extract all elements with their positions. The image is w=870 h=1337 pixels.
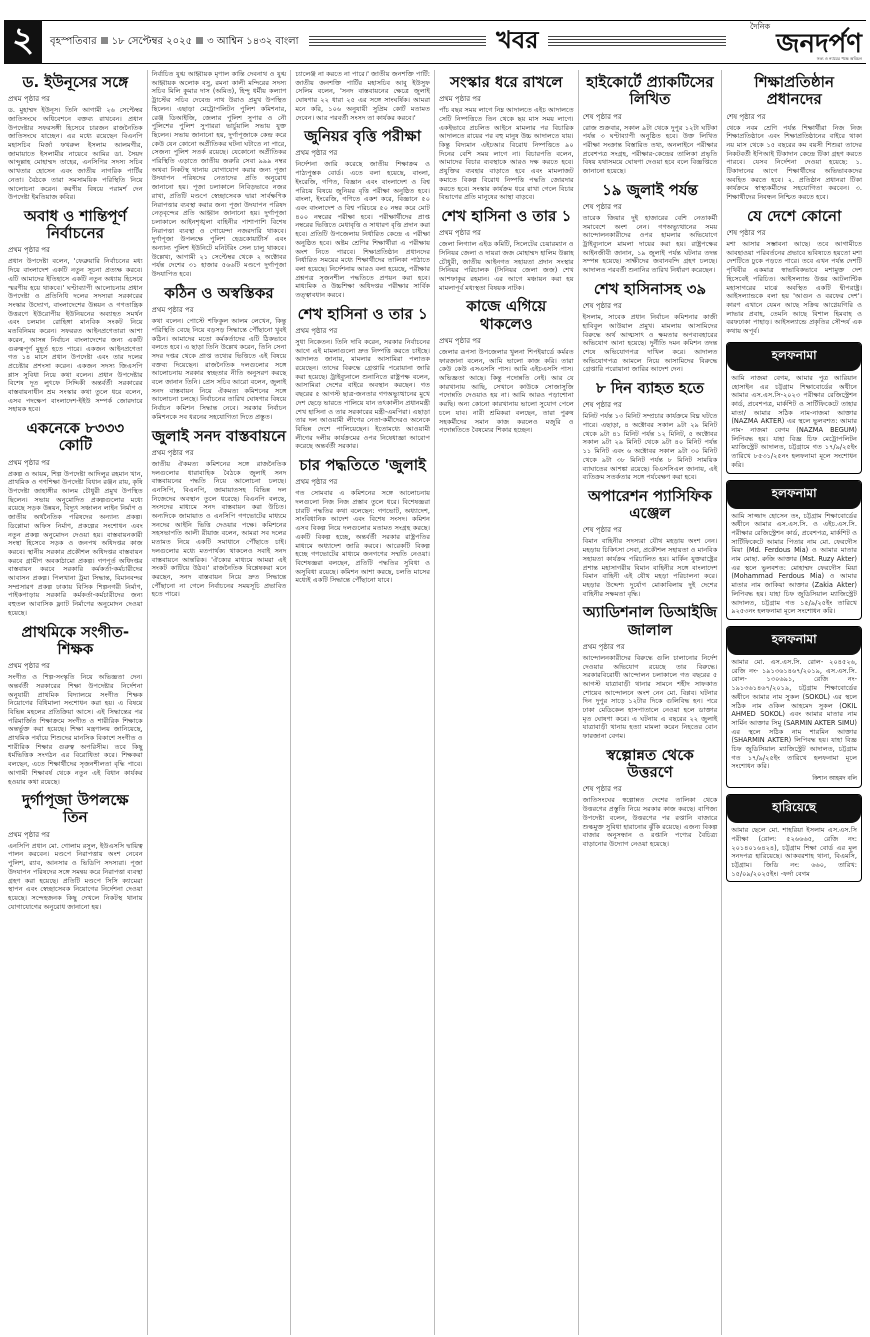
notice-body: আমি সাজ্জাদ হোসেন তং, চট্টগ্রাম শিক্ষাবো… — [727, 512, 861, 616]
article-body: কথা বলেন। পোস্টে শফিকুল আলম লেখেন, কিন্ত… — [152, 317, 287, 421]
news-story: চার পদ্ধতিতে 'জুলাইপ্রথম পৃষ্ঠার পরগত সো… — [295, 457, 430, 585]
headline: কাজে এগিয়ে থাকলেও — [439, 298, 574, 333]
headline: শিক্ষাপ্রতিষ্ঠান প্রধানদের — [726, 74, 862, 109]
dateline: বৃহস্পতিবার১৮ সেপ্টেম্বর ২০২৫৩ আশ্বিন ১৪… — [50, 34, 299, 51]
continuation-kicker: শেষ পৃষ্ঠার পর — [583, 399, 718, 411]
news-story: শেখ হাসিনা ও তার ১প্রথম পৃষ্ঠার পরসুধা ন… — [295, 306, 430, 451]
continuation-kicker: শেষ পৃষ্ঠার পর — [726, 111, 862, 123]
news-story: প্রাথমিকে সংগীত-শিক্ষকপ্রথম পৃষ্ঠার পরসং… — [8, 624, 143, 787]
column-5: হাইকোর্টে প্র্যাকটিসের লিখিতশেষ পৃষ্ঠার … — [579, 70, 723, 1335]
gregorian-date: ১৮ সেপ্টেম্বর ২০২৫ — [112, 36, 193, 47]
headline: শেখ হাসিনাসহ ৩৯ — [583, 281, 718, 298]
column-6: শিক্ষাপ্রতিষ্ঠান প্রধানদেরশেষ পৃষ্ঠার পর… — [722, 70, 866, 1335]
news-story: শেখ হাসিনাসহ ৩৯শেষ পৃষ্ঠার পরইসলাম, সাবে… — [583, 281, 718, 374]
notice-signature: কিশান আহমদ বলি — [727, 771, 861, 784]
notice-body: আমার মো. এস.এস.সি. রোল- ২০৪৫২৬, রেজি নং-… — [727, 658, 861, 771]
article-body: নির্বাচিত যুগ্ম আহ্বায়ক মৃণাল কান্তি দে… — [152, 70, 287, 279]
article-body: বিমান বাহিনীর সদস্যরা যৌথ মহড়ায় অংশ নে… — [583, 537, 718, 598]
column-3: চ্যালেঞ্জ না করতে না পারে।' জাতীয় জনশক্… — [291, 70, 435, 1335]
continuation-kicker: প্রথম পৃষ্ঠার পর — [8, 93, 143, 105]
article-body: প্রধান উপদেষ্টা বলেন, 'ফেব্রুয়ারি নির্ব… — [8, 257, 143, 414]
news-story: দুর্গাপূজা উপলক্ষে তিনপ্রথম পৃষ্ঠার পরএন… — [8, 792, 143, 911]
weekday: বৃহস্পতিবার — [50, 36, 97, 47]
headline: স্বল্পোন্নত থেকে উত্তরণে — [583, 747, 718, 782]
article-body: ড. মুহাম্মদ ইউনূস। তিনি আগামী ২৬ সেপ্টেম… — [8, 106, 143, 202]
news-story: নির্বাচিত যুগ্ম আহ্বায়ক মৃণাল কান্তি দে… — [152, 70, 287, 279]
article-body: সংগীত ও শিল্প-সংস্কৃতি নিয়ে অভিজ্ঞতা দে… — [8, 673, 143, 786]
brand-name: জনদর্পণ — [776, 29, 862, 59]
news-story: জুলাই সনদ বাস্তবায়নেপ্রথম পৃষ্ঠার পরজাত… — [152, 428, 287, 600]
news-story: একনেকে ৮৩৩৩ কোটিপ্রথম পৃষ্ঠার পরপ্রকল্প … — [8, 420, 143, 617]
continuation-kicker: প্রথম পৃষ্ঠার পর — [8, 660, 143, 672]
headline: শেখ হাসিনা ও তার ১ — [295, 306, 430, 323]
headline: প্রাথমিকে সংগীত-শিক্ষক — [8, 624, 143, 659]
news-story: অ্যাডিশনাল ডিআইজি জালালপ্রথম পৃষ্ঠার পরআ… — [583, 604, 718, 741]
article-body: আন্দোলনকারীদের বিরুদ্ধে গুলি চালানোর নির… — [583, 654, 718, 741]
article-body: সুধা নিকেতন। তিনি দাবি করেন, সরকার নির্ব… — [295, 338, 430, 451]
headline: দুর্গাপূজা উপলক্ষে তিন — [8, 792, 143, 827]
headline: ড. ইউনূসের সঙ্গে — [8, 74, 143, 91]
continuation-kicker: প্রথম পৃষ্ঠার পর — [295, 476, 430, 488]
headline: চার পদ্ধতিতে 'জুলাই — [295, 457, 430, 474]
article-body: মিনিট পর্যন্ত ১৩ মিনিট সম্প্রচার কার্যক্… — [583, 412, 718, 482]
news-story: অপারেশন প্যাসিফিক এঞ্জেলশেষ পৃষ্ঠার পরবি… — [583, 488, 718, 598]
article-body: এনসিপি প্রধান মো. গোলাম রসুল, ইউএসসি দ্ব… — [8, 842, 143, 912]
news-story: যে দেশে কোনোশেষ পৃষ্ঠার পরমশা আসার সম্ভা… — [726, 208, 862, 336]
headline: অ্যাডিশনাল ডিআইজি জালাল — [583, 604, 718, 639]
article-body: জেলা লিগ্যাল এইড কমিটি, সিলেটের চেয়ারম্… — [439, 240, 574, 292]
notice-title: হলফনামা — [727, 343, 861, 371]
notice-title: হলফনামা — [727, 481, 861, 509]
news-story: কঠিন ও অস্বস্তিকরপ্রথম পৃষ্ঠার পরকথা বলে… — [152, 285, 287, 422]
article-body: পাঁচ বছর সময় লাগে নিম্ন আদালতে এইচ আদাল… — [439, 106, 574, 202]
news-story: ড. ইউনূসের সঙ্গেপ্রথম পৃষ্ঠার পরড. মুহাম… — [8, 74, 143, 202]
classified-notice: হলফনামাআমি সাজ্জাদ হোসেন তং, চট্টগ্রাম শ… — [726, 480, 862, 620]
bangla-date: ৩ আশ্বিন ১৪৩২ বাংলা — [207, 36, 298, 47]
newspaper-logo: দৈনিক জনদর্পণ সত্য ও ন্যায়ের পক্ষে অবিচ… — [736, 23, 866, 61]
column-4: সংস্কার ধরে রাখলেপ্রথম পৃষ্ঠার পরপাঁচ বছ… — [435, 70, 579, 1335]
continuation-kicker: প্রথম পৃষ্ঠার পর — [439, 335, 574, 347]
article-body: জাতিসংঘের স্বল্পোন্নত দেশের তালিকা থেকে … — [583, 796, 718, 848]
headline: ১৯ জুলাই পর্যন্ত — [583, 182, 718, 199]
article-body: নির্দেশনা জারি করেছে জাতীয় শিক্ষাক্রম ও… — [295, 160, 430, 299]
continuation-kicker: প্রথম পৃষ্ঠার পর — [152, 304, 287, 316]
continuation-kicker: প্রথম পৃষ্ঠার পর — [439, 227, 574, 239]
news-story: শেখ হাসিনা ও তার ১প্রথম পৃষ্ঠার পরজেলা ল… — [439, 208, 574, 292]
page-number: ২ — [4, 20, 42, 64]
article-body: ইসলাম, সাবেক প্রধান নির্বাচন কমিশনার কাজ… — [583, 313, 718, 374]
article-body: জাতীয় ঐকমত্য কমিশনের সঙ্গে রাজনৈতিক দলগ… — [152, 460, 287, 599]
continuation-kicker: প্রথম পৃষ্ঠার পর — [8, 457, 143, 469]
notice-body: আমি নাজমা বেগম, আমার পুত্র আরিয়ান হোসাই… — [727, 374, 861, 470]
classified-notice: হলফনামাআমার মো. এস.এস.সি. রোল- ২০৪৫২৬, র… — [726, 626, 862, 788]
continuation-kicker: প্রথম পৃষ্ঠার পর — [439, 93, 574, 105]
headline: অবাধ ও শান্তিপূর্ণ নির্বাচনের — [8, 208, 143, 243]
masthead: ২ বৃহস্পতিবার১৮ সেপ্টেম্বর ২০২৫৩ আশ্বিন … — [4, 20, 866, 64]
section-title: খবর — [496, 22, 538, 62]
news-story: অবাধ ও শান্তিপূর্ণ নির্বাচনেরপ্রথম পৃষ্ঠ… — [8, 208, 143, 414]
continuation-kicker: শেষ পৃষ্ঠার পর — [583, 524, 718, 536]
news-story: জুনিয়র বৃত্তি পরীক্ষাপ্রথম পৃষ্ঠার পরনি… — [295, 128, 430, 300]
column-2: নির্বাচিত যুগ্ম আহ্বায়ক মৃণাল কান্তি দে… — [148, 70, 292, 1335]
news-story: শিক্ষাপ্রতিষ্ঠান প্রধানদেরশেষ পৃষ্ঠার পর… — [726, 74, 862, 202]
continuation-kicker: প্রথম পৃষ্ঠার পর — [152, 447, 287, 459]
continuation-kicker: শেষ পৃষ্ঠার পর — [583, 300, 718, 312]
column-1: ড. ইউনূসের সঙ্গেপ্রথম পৃষ্ঠার পরড. মুহাম… — [4, 70, 148, 1335]
classified-notice: হলফনামাআমি নাজমা বেগম, আমার পুত্র আরিয়া… — [726, 342, 862, 474]
classified-notice: হারিয়েছেআমার ছেলে মো. শাহরিয়া ইসলাম এস… — [726, 794, 862, 882]
separator-square-icon — [196, 37, 203, 44]
article-body: তারেক জিয়ার দুই হাজারের বেশি নেতাকর্মী … — [583, 214, 718, 275]
continuation-kicker: প্রথম পৃষ্ঠার পর — [8, 829, 143, 841]
headline: হাইকোর্টে প্র্যাকটিসের লিখিত — [583, 74, 718, 109]
continuation-kicker: প্রথম পৃষ্ঠার পর — [8, 244, 143, 256]
continuation-kicker: প্রথম পৃষ্ঠার পর — [583, 641, 718, 653]
headline: অপারেশন প্যাসিফিক এঞ্জেল — [583, 488, 718, 523]
article-body: মশা আসার সম্ভাবনা আছে। তবে আগামীতে আবহাও… — [726, 240, 862, 336]
news-columns: ড. ইউনূসের সঙ্গেপ্রথম পৃষ্ঠার পরড. মুহাম… — [4, 70, 866, 1335]
headline: কঠিন ও অস্বস্তিকর — [152, 285, 287, 302]
continuation-kicker: শেষ পৃষ্ঠার পর — [583, 111, 718, 123]
headline: একনেকে ৮৩৩৩ কোটি — [8, 420, 143, 455]
notice-title: হলফনামা — [727, 627, 861, 655]
headline: যে দেশে কোনো — [726, 208, 862, 225]
news-story: সংস্কার ধরে রাখলেপ্রথম পৃষ্ঠার পরপাঁচ বছ… — [439, 74, 574, 202]
decorative-rules — [309, 36, 487, 48]
article-body: থেকে নবম শ্রেণি পর্যন্ত শিক্ষার্থীরা নিজ… — [726, 124, 862, 202]
headline: সংস্কার ধরে রাখলে — [439, 74, 574, 91]
notice-body: আমার ছেলে মো. শাহরিয়া ইসলাম এস.এস.সি পর… — [727, 826, 861, 878]
article-body: জেলার রূপসা উপজেলার খুলনা শিপইয়ার্ডে কর… — [439, 348, 574, 435]
news-story: ১৯ জুলাই পর্যন্তশেষ পৃষ্ঠার পরতারেক জিয়… — [583, 182, 718, 275]
separator-square-icon — [101, 37, 108, 44]
continuation-kicker: শেষ পৃষ্ঠার পর — [583, 201, 718, 213]
article-body: গত সোমবার এ কমিশনের সঙ্গে আলোচনায় দলগুল… — [295, 489, 430, 585]
headline: জুনিয়র বৃত্তি পরীক্ষা — [295, 128, 430, 145]
headline: জুলাই সনদ বাস্তবায়নে — [152, 428, 287, 445]
article-body: চ্যালেঞ্জ না করতে না পারে।' জাতীয় জনশক্… — [295, 70, 430, 122]
news-story: স্বল্পোন্নত থেকে উত্তরণেশেষ পৃষ্ঠার পরজা… — [583, 747, 718, 849]
headline: ৮ দিন ব্যাহত হতে — [583, 380, 718, 397]
continuation-kicker: শেষ পৃষ্ঠার পর — [583, 783, 718, 795]
article-body: রোজ শুক্রবার, সকাল ৯টা থেকে দুপুর ১২টা ঘ… — [583, 124, 718, 176]
continuation-kicker: শেষ পৃষ্ঠার পর — [726, 227, 862, 239]
article-body: প্রকল্প ও আয়ম, শিল্প উপদেষ্টা আদিলুর রহ… — [8, 470, 143, 618]
news-story: চ্যালেঞ্জ না করতে না পারে।' জাতীয় জনশক্… — [295, 70, 430, 122]
continuation-kicker: প্রথম পৃষ্ঠার পর — [295, 147, 430, 159]
notice-title: হারিয়েছে — [727, 795, 861, 823]
continuation-kicker: প্রথম পৃষ্ঠার পর — [295, 325, 430, 337]
news-story: ৮ দিন ব্যাহত হতেশেষ পৃষ্ঠার পরমিনিট পর্য… — [583, 380, 718, 482]
decorative-rules — [548, 36, 726, 48]
headline: শেখ হাসিনা ও তার ১ — [439, 208, 574, 225]
news-story: হাইকোর্টে প্র্যাকটিসের লিখিতশেষ পৃষ্ঠার … — [583, 74, 718, 176]
news-story: কাজে এগিয়ে থাকলেওপ্রথম পৃষ্ঠার পরজেলার … — [439, 298, 574, 435]
